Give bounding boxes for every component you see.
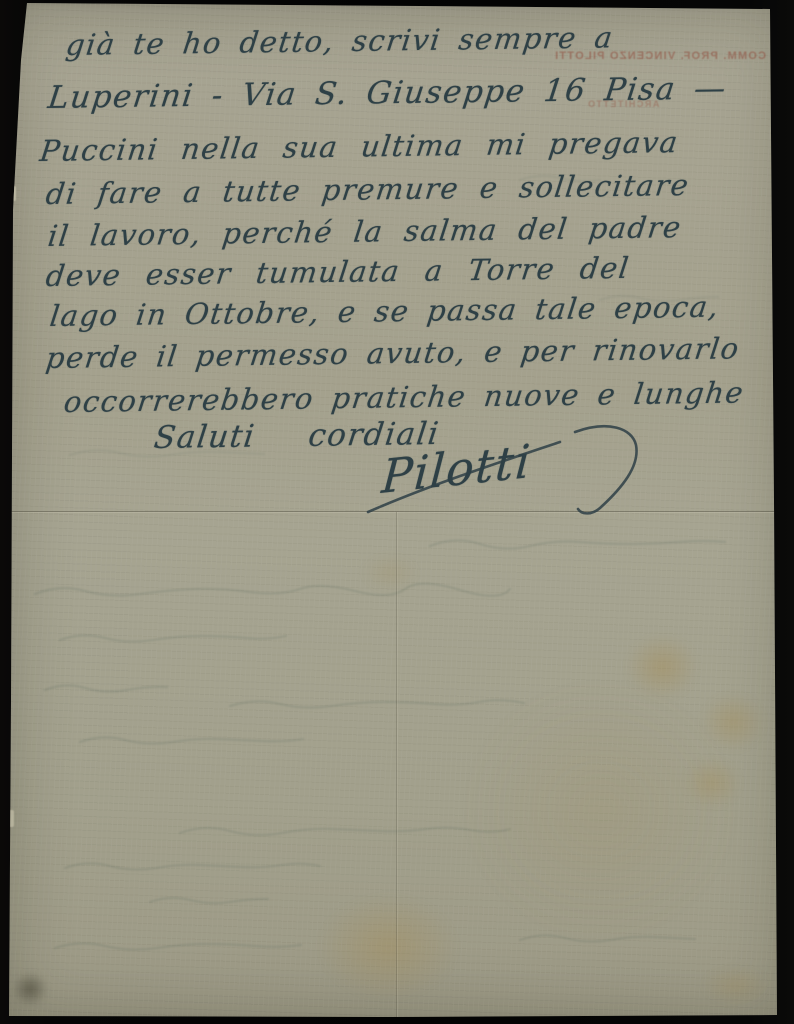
stain (350, 545, 430, 600)
ink-smudge (6, 966, 54, 1012)
handwriting-line-5: il lavoro, perché la salma del padre (46, 210, 684, 253)
stain (688, 958, 783, 1013)
fold-crease-vertical (396, 512, 399, 1017)
handwriting-line-7: lago in Ottobre, e se passa tale epoca, (48, 290, 722, 333)
letter-page: COMM. PROF. VINCENZO PILOTTI ARCHITETTO (0, 0, 794, 1024)
stain (672, 748, 752, 818)
stain (688, 682, 778, 762)
handwriting-line-2: Luperini - Via S. Giuseppe 16 Pisa — (46, 70, 729, 116)
edge-tear-mark (8, 810, 14, 827)
scan-background: COMM. PROF. VINCENZO PILOTTI ARCHITETTO (0, 0, 794, 1024)
handwriting-line-3: Puccini nella sua ultima mi pregava (38, 125, 681, 168)
handwriting-line-9: occorrerebbero pratiche nuove e lunghe (62, 375, 746, 419)
handwriting-line-1: già te ho detto, scrivi sempre a (64, 20, 616, 62)
handwriting-line-6: deve esser tumulata a Torre del (44, 251, 632, 293)
stain (288, 872, 488, 1022)
handwriting-line-4: di fare a tutte premure e sollecitare (44, 168, 692, 211)
stain (420, 640, 780, 980)
handwriting-line-8: perde il permesso avuto, e per rinovarlo (44, 331, 742, 375)
stain (612, 622, 712, 712)
edge-tear-mark (9, 186, 16, 201)
